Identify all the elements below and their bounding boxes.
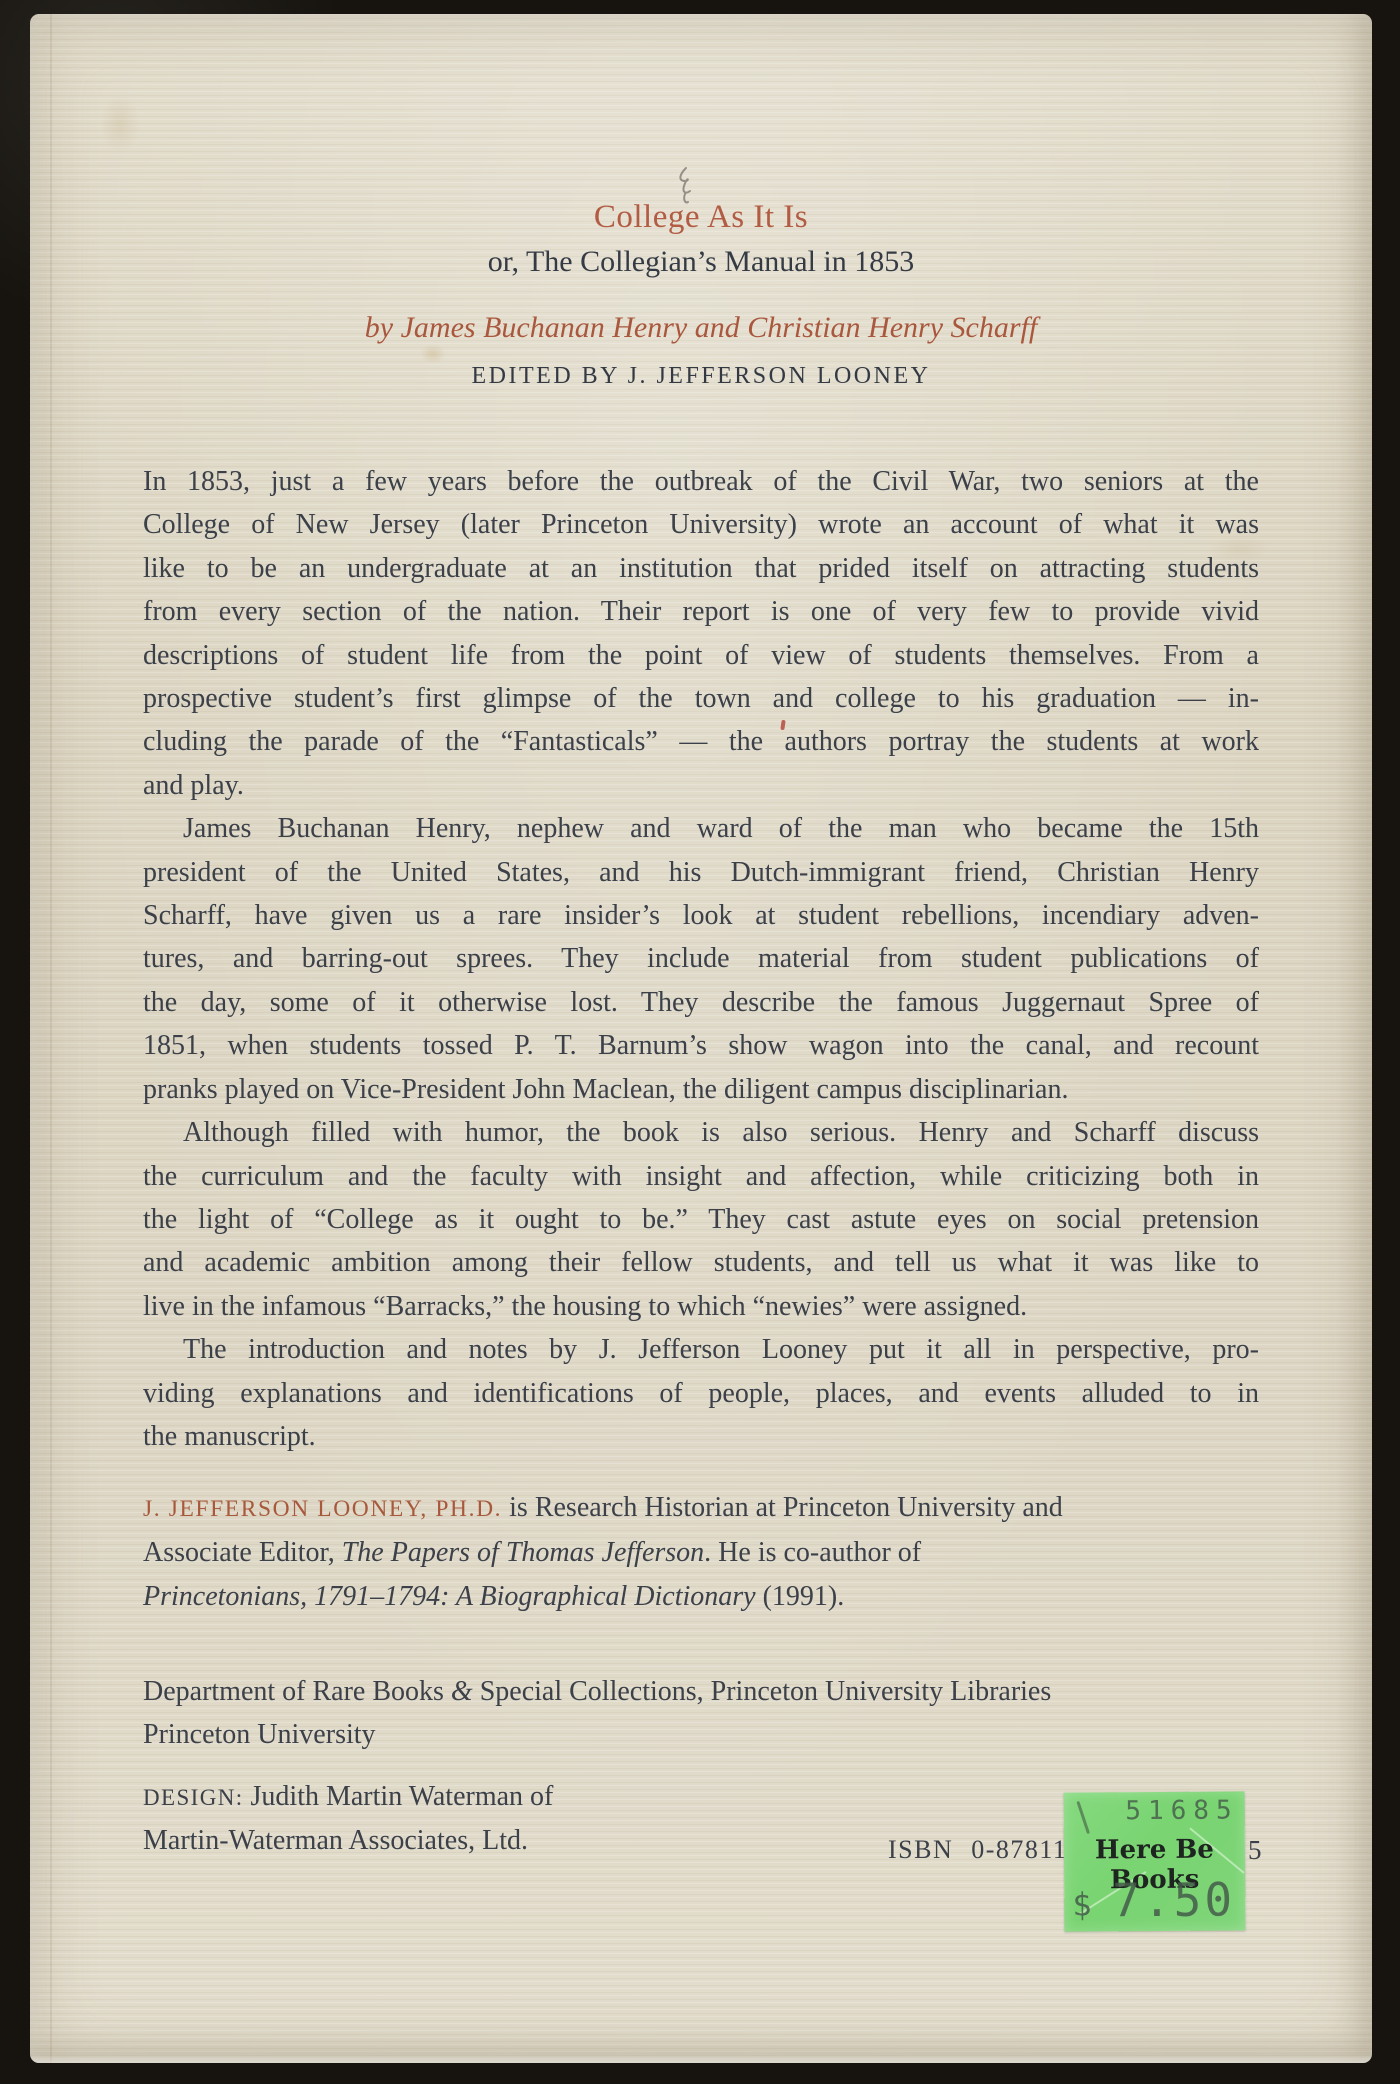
text-line: and play.: [143, 764, 1259, 807]
dollar-sign: $: [1072, 1885, 1092, 1923]
text-segment: (1991).: [756, 1581, 845, 1612]
text-line: tures, and barring-out sprees. They incl…: [143, 937, 1259, 980]
price-amount: 7.50: [1112, 1872, 1235, 1927]
text-line: the day, some of it otherwise lost. They…: [143, 981, 1259, 1024]
text-line: the manuscript.: [143, 1415, 1259, 1458]
sticker-inventory-code: 51685: [1125, 1795, 1238, 1826]
paper-stain: [420, 344, 446, 364]
text-line: Although filled with humor, the book is …: [143, 1111, 1259, 1154]
text-line: from every section of the nation. Their …: [143, 590, 1259, 633]
text-line: DESIGN: Judith Martin Waterman of: [143, 1775, 703, 1819]
text-line: and academic ambition among their fellow…: [143, 1241, 1259, 1284]
text-line: 1851, when students tossed P. T. Barnum’…: [143, 1024, 1259, 1067]
editor-bio: J. JEFFERSON LOONEY, PH.D. is Research H…: [143, 1486, 1283, 1618]
text-line: College of New Jersey (later Princeton U…: [143, 503, 1259, 546]
text-segment: Judith Martin Waterman of: [244, 1781, 554, 1812]
back-cover-blurb: In 1853, just a few years before the out…: [143, 460, 1259, 1458]
authors-byline: by James Buchanan Henry and Christian He…: [30, 311, 1372, 345]
text-line: Department of Rare Books & Special Colle…: [143, 1670, 1283, 1713]
text-line: like to be an undergraduate at an instit…: [143, 547, 1259, 590]
text-segment: J. JEFFERSON LOONEY, PH.D.: [143, 1496, 502, 1522]
text-line: Martin-Waterman Associates, Ltd.: [143, 1819, 703, 1862]
book-subtitle: or, The Collegian’s Manual in 1853: [30, 245, 1372, 279]
text-line: descriptions of student life from the po…: [143, 634, 1259, 677]
text-line: Princetonians, 1791–1794: A Biographical…: [143, 1575, 1283, 1618]
text-segment: Associate Editor,: [143, 1537, 342, 1568]
text-line: cluding the parade of the “Fantasticals”…: [143, 720, 1259, 763]
text-segment: Princetonians, 1791–1794: A Biographical…: [143, 1581, 756, 1612]
book-photo-background: College As It Is or, The Collegian’s Man…: [0, 0, 1400, 2084]
price-row: $ 7.50: [1064, 1874, 1245, 1927]
text-segment: The Papers of Thomas Jefferson: [342, 1537, 704, 1568]
text-line: pranks played on Vice-President John Mac…: [143, 1068, 1259, 1111]
design-credit: DESIGN: Judith Martin Waterman ofMartin-…: [143, 1775, 703, 1863]
text-line: president of the United States, and his …: [143, 851, 1259, 894]
text-segment: . He is co-author of: [704, 1537, 921, 1568]
text-line: viding explanations and identifications …: [143, 1372, 1259, 1415]
text-line: the curriculum and the faculty with insi…: [143, 1155, 1259, 1198]
text-segment: Department of Rare Books: [143, 1676, 451, 1707]
text-segment: DESIGN:: [143, 1785, 244, 1810]
paper-stain: [100, 94, 140, 154]
text-segment: Special Collections, Princeton Universit…: [473, 1676, 1052, 1707]
text-line: the light of “College as it ought to be.…: [143, 1198, 1259, 1241]
text-line: Associate Editor, The Papers of Thomas J…: [143, 1531, 1283, 1574]
text-line: The introduction and notes by J. Jeffers…: [143, 1328, 1259, 1371]
text-line: Princeton University: [143, 1713, 1283, 1756]
price-sticker: 51685 Here Be Books $ 7.50: [1064, 1791, 1246, 1931]
isbn-fragment: 5: [1248, 1835, 1262, 1866]
text-line: In 1853, just a few years before the out…: [143, 460, 1259, 503]
text-line: prospective student’s first glimpse of t…: [143, 677, 1259, 720]
editor-credit: EDITED BY J. JEFFERSON LOONEY: [30, 363, 1372, 390]
isbn-number: ISBN 0-87811-0: [888, 1833, 1092, 1867]
text-line: James Buchanan Henry, nephew and ward of…: [143, 807, 1259, 850]
book-title: College As It Is: [30, 199, 1372, 236]
text-line: Scharff, have given us a rare insider’s …: [143, 894, 1259, 937]
text-segment: &: [451, 1676, 473, 1707]
publisher-credit: Department of Rare Books & Special Colle…: [143, 1670, 1283, 1757]
pen-slash-mark: [1076, 1801, 1090, 1834]
text-line: J. JEFFERSON LOONEY, PH.D. is Research H…: [143, 1486, 1283, 1531]
text-line: live in the infamous “Barracks,” the hou…: [143, 1285, 1259, 1328]
book-back-cover: College As It Is or, The Collegian’s Man…: [30, 14, 1372, 2063]
text-segment: is Research Historian at Princeton Unive…: [502, 1492, 1063, 1523]
